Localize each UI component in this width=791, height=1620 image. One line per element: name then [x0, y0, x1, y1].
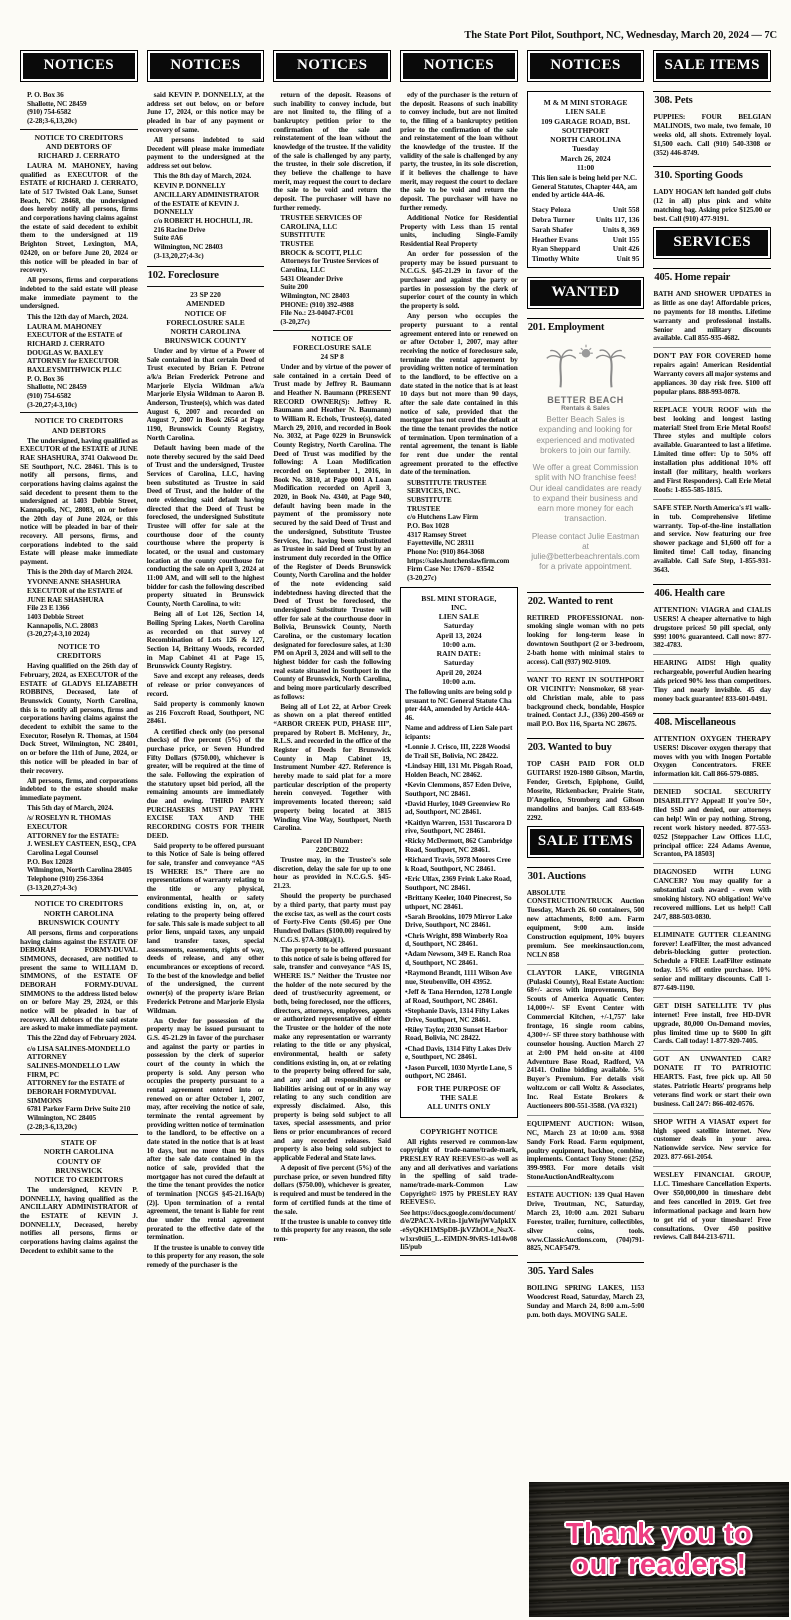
notice-paragraph: •Raymond Brandt, 1111 Wilson Avenue, Ste…	[405, 969, 513, 986]
notice-heading: NOTICE TO CREDITORSNORTH CAROLINABRUNSWI…	[20, 899, 138, 926]
notice-paragraph: Any person who occupies the property pur…	[400, 312, 518, 477]
classified-ad: WESLEY FINANCIAL GROUP, LLC. Timeshare C…	[653, 1168, 771, 1245]
category-banner: SERVICES	[653, 227, 771, 259]
category-banner-label: WANTED	[530, 280, 642, 306]
address-line: SUBSTITUTE TRUSTEE SERVICES, INC.	[400, 479, 518, 496]
column-header-label: NOTICES	[276, 53, 388, 79]
classified-ad: REPLACE YOUR ROOF with the best looking …	[653, 403, 771, 498]
ad-divider	[527, 1186, 645, 1187]
notice-paragraph: An order for possession of the property …	[400, 250, 518, 311]
address-line: TRUSTEE SERVICES OF CAROLINA, LLC	[273, 214, 391, 231]
notice-paragraph: All persons indebted to said Decedent wi…	[147, 136, 265, 171]
address-lines: /s/ ROSELYN R. THOMASEXECUTORATTORNEY fo…	[20, 814, 138, 892]
ad-divider	[653, 926, 771, 927]
heading-line: BRUNSWICK COUNTY	[20, 918, 138, 927]
heading-line: April 13, 2024	[405, 631, 513, 640]
column-header-banner: NOTICES	[527, 50, 645, 82]
notice-paragraph: •Kaitlyn Warren, 1531 Tuscarora Drive, S…	[405, 819, 513, 836]
classified-ad: ATTENTION OXYGEN THERAPY USERS! Discover…	[653, 732, 771, 782]
divider-rule	[20, 895, 138, 896]
notice-paragraph: •Ricky McDermott, 862 Cambridge Road, So…	[405, 837, 513, 854]
column-header-banner: NOTICES	[273, 50, 391, 82]
notice-paragraph: Name and address of Lien Sale participan…	[405, 724, 513, 741]
heading-line: NORTH CAROLINA	[147, 327, 265, 336]
heading-line: M & M MINI STORAGE	[532, 98, 640, 107]
better-beach-text: Please contact Julie Eastman at julie@be…	[529, 532, 643, 573]
section-header: 305. Yard Sales	[527, 1262, 645, 1279]
address-line: (3-20,27;4-3,10c)	[20, 401, 138, 410]
unit-number: Unit 95	[616, 254, 639, 264]
address-line: (2-28;3-6,13,20c)	[20, 117, 138, 126]
notice-paragraph: All persons, firms and corporations havi…	[20, 929, 138, 1033]
column-1: NOTICESP. O. Box 36Shallotte, NC 28459(9…	[20, 50, 138, 1616]
ad-divider	[653, 863, 771, 864]
notice-paragraph: If the trustee is unable to convey title…	[273, 1218, 391, 1244]
notice-heading: NOTICE TO CREDITORSAND DEBTORS OFRICHARD…	[20, 133, 138, 160]
unit-number: Unit 426	[613, 244, 640, 254]
notice-heading: Parcel ID Number:220CB022	[273, 836, 391, 854]
heading-line: Saturday	[405, 621, 513, 630]
column-header-label: NOTICES	[23, 53, 135, 79]
section-header: 406. Health care	[653, 584, 771, 601]
heading-line: Parcel ID Number:	[273, 836, 391, 845]
notice-heading: 23 SP 220AMENDEDNOTICE OFFORECLOSURE SAL…	[147, 290, 265, 345]
notice-paragraph: The undersigned, having qualified as EXE…	[20, 437, 138, 567]
heading-line: RICHARD J. CERRATO	[20, 151, 138, 160]
column-2: NOTICESsaid KEVIN P. DONNELLY, at the ad…	[147, 50, 265, 1616]
heading-line: LIEN SALE	[405, 612, 513, 621]
column-header-label: NOTICES	[150, 53, 262, 79]
column-header-label: SALE ITEMS	[656, 53, 768, 79]
column-header-banner: NOTICES	[20, 50, 138, 82]
classified-ad: ABSOLUTE CONSTRUCTION/TRUCK Auction Tues…	[527, 886, 645, 963]
heading-line: BSL MINI STORAGE,	[405, 594, 513, 603]
notice-heading: COPYRIGHT NOTICE	[400, 1127, 518, 1136]
notice-paragraph: This is the 20th day of March 2024.	[20, 568, 138, 577]
notice-paragraph: The property to be offered pursuant to t…	[273, 946, 391, 1163]
heading-line: NORTH CAROLINA	[20, 1147, 138, 1156]
classified-ad: DIAGNOSED WITH LUNG CANCER? You may qual…	[653, 865, 771, 924]
address-line: ATTORNEY for the ESTATE of DEBORAH FORMY…	[20, 1079, 138, 1105]
heading-line: AND DEBTORS	[20, 426, 138, 435]
address-lines: P. O. Box 36Shallotte, NC 28459(910) 754…	[20, 91, 138, 126]
better-beach-brand: BETTER BEACH	[529, 395, 643, 405]
columns-container: NOTICESP. O. Box 36Shallotte, NC 28459(9…	[20, 50, 771, 1616]
category-banner-label: SALE ITEMS	[530, 829, 642, 855]
heading-line: NOTICE TO	[20, 642, 138, 651]
column-header-banner: SALE ITEMS	[653, 50, 771, 82]
notice-heading: NOTICE OFFORECLOSURE SALE24 SP 8	[273, 334, 391, 361]
notice-paragraph: A deposit of five percent (5%) of the pu…	[273, 1164, 391, 1216]
palm-trees-sun-icon	[543, 343, 629, 389]
category-banner: SALE ITEMS	[527, 826, 645, 858]
address-lines: LAURA M. MAHONEYEXECUTOR of the ESTATE o…	[20, 323, 138, 410]
notice-paragraph: Said property is commonly known as 216 F…	[147, 700, 265, 726]
ad-divider	[653, 1050, 771, 1051]
notice-paragraph: Said property to be offered pursuant to …	[147, 842, 265, 1015]
notice-paragraph: •Jason Purcell, 1030 Myrtle Lane, Southp…	[405, 1064, 513, 1081]
heading-line: AND DEBTORS OF	[20, 142, 138, 151]
tenant-name: Heather Evans	[532, 235, 578, 245]
divider-rule	[273, 330, 391, 331]
divider-rule	[147, 286, 265, 287]
heading-line: NOTICE TO CREDITORS	[20, 899, 138, 908]
column-6: SALE ITEMS308. PetsPUPPIES: FOUR BELGIAN…	[653, 50, 771, 1616]
classified-ad: EQUIPMENT AUCTION: Wilson, NC, March 23 …	[527, 1117, 645, 1185]
notice-paragraph: Save and except any releases, deeds of r…	[147, 672, 265, 698]
heading-line: NOTICE TO CREDITORS	[20, 416, 138, 425]
address-line: (3-20,27c)	[273, 318, 391, 327]
unit-number: Unit 558	[613, 205, 640, 215]
notice-paragraph: •David Hurley, 1049 Greenview Road, Sout…	[405, 800, 513, 817]
classified-ad: SAFE STEP. North America's #1 walk-in tu…	[653, 501, 771, 578]
address-line: ANCILLARY ADMINISTRATOR of the ESTATE of…	[147, 191, 265, 217]
heading-line: STATE OF	[20, 1138, 138, 1147]
category-banner: WANTED	[527, 277, 645, 309]
notice-paragraph: All persons, firms and corporations inde…	[20, 276, 138, 311]
divider-rule	[20, 129, 138, 130]
notice-paragraph: •Sarah Brookins, 1079 Mirror Lake Drive,…	[405, 913, 513, 930]
heading-line: 220CB022	[273, 845, 391, 854]
address-lines: SUBSTITUTE TRUSTEE SERVICES, INC.SUBSTIT…	[400, 479, 518, 583]
section-header: 301. Auctions	[527, 867, 645, 884]
heading-line: 109 GARAGE ROAD, BSL	[532, 117, 640, 126]
heading-line: CREDITORS	[20, 651, 138, 660]
divider-rule	[400, 1255, 518, 1256]
heading-line: THE SALE	[405, 1093, 513, 1102]
unit-number: Unit 155	[613, 235, 640, 245]
heading-line: COUNTY OF	[20, 1157, 138, 1166]
thank-you-line1: Thank you to	[566, 1519, 752, 1549]
notice-heading: NOTICE TO CREDITORSAND DEBTORS	[20, 416, 138, 434]
tenant-name: Timothy White	[532, 254, 579, 264]
section-header: 201. Employment	[527, 318, 645, 335]
unit-row: Debra TurnerUnits 117, 136	[532, 215, 640, 225]
notice-paragraph: •Lonnie J. Crisco, III, 2228 Woodside Tr…	[405, 743, 513, 760]
notice-heading: NOTICE TOCREDITORS	[20, 642, 138, 660]
notice-paragraph: Being all of Lot 22, at Arbor Creek as s…	[273, 703, 391, 833]
ad-divider	[653, 401, 771, 402]
notice-paragraph: Having qualified on the 26th day of Febr…	[20, 662, 138, 775]
heading-line: March 26, 2024	[532, 154, 640, 163]
notice-paragraph: This the 22nd day of February 2024.	[20, 1034, 138, 1043]
heading-line: BRUNSWICK	[20, 1166, 138, 1175]
classified-ad: CLAYTOR LAKE, VIRGINIA (Pulaski County),…	[527, 966, 645, 1114]
notice-paragraph: Under and by virtue of the power of sale…	[273, 363, 391, 701]
ad-divider	[653, 499, 771, 500]
notice-paragraph: •Chad Davis, 1314 Fifty Lakes Drive, Sou…	[405, 1045, 513, 1062]
column-header-label: NOTICES	[530, 53, 642, 79]
notice-paragraph: All rights reserved re common-law copyri…	[400, 1138, 518, 1207]
lien-sale-box: M & M MINI STORAGELIEN SALE109 GARAGE RO…	[527, 91, 645, 268]
better-beach-brand-sub: Rentals & Sales	[529, 405, 643, 412]
heading-line: INC.	[405, 603, 513, 612]
sun-icon	[581, 349, 590, 358]
notice-paragraph: return of the deposit. Reasons of such i…	[273, 91, 391, 212]
classified-ad: GET DISH SATELLITE TV plus internet! Fre…	[653, 999, 771, 1049]
classified-ad: DENIED SOCIAL SECURITY DISABILITY? Appea…	[653, 785, 771, 862]
classified-ad: GOT AN UNWANTED CAR? DONATE IT TO PATRIO…	[653, 1052, 771, 1111]
notice-heading: STATE OFNORTH CAROLINACOUNTY OFBRUNSWICK…	[20, 1138, 138, 1184]
newspaper-classifieds-page: The State Port Pilot, Southport, NC, Wed…	[0, 0, 791, 1620]
address-line: (3-13,20,27;4-3c)	[20, 884, 138, 893]
notice-paragraph: •Adam Newsom, 349 E. Ranch Road, Southpo…	[405, 950, 513, 967]
classified-ad: PUPPIES: FOUR BELGIAN MALINOIS, two male…	[653, 110, 771, 160]
ad-divider	[653, 997, 771, 998]
section-header: 203. Wanted to buy	[527, 738, 645, 755]
heading-line: NORTH CAROLINA	[532, 135, 640, 144]
address-line: EXECUTOR of the ESTATE of JUNE RAE SHASH…	[20, 587, 138, 604]
better-beach-logo	[529, 343, 643, 394]
better-beach-ad: BETTER BEACHRentals & SalesBetter Beach …	[527, 339, 645, 584]
section-header: 310. Sporting Goods	[653, 166, 771, 183]
notice-paragraph: •Stephanie Davis, 1314 Fifty Lakes Drive…	[405, 1007, 513, 1024]
tenant-name: Ryan Sheppard	[532, 244, 581, 254]
heading-line: FORECLOSURE SALE	[273, 343, 391, 352]
notice-heading: FOR THE PURPOSE OFTHE SALEALL UNITS ONLY	[405, 1084, 513, 1112]
classified-ad: LADY HOGAN left handed golf clubs (12 in…	[653, 185, 771, 227]
notice-heading: BSL MINI STORAGE,INC.LIEN SALESaturdayAp…	[405, 594, 513, 687]
unit-row: Heather EvansUnit 155	[532, 235, 640, 245]
classified-ad: ELIMINATE GUTTER CLEANING forever! LeafF…	[653, 928, 771, 996]
notice-paragraph: The undersigned, KEVIN P. DONNELLY, havi…	[20, 1186, 138, 1255]
ad-divider	[653, 654, 771, 655]
divider-rule	[20, 412, 138, 413]
thank-you-line2: our readers!	[571, 1550, 746, 1580]
address-line: (3-20,27;4-3,10 2024)	[20, 630, 138, 639]
notice-paragraph: •Jeff & Tana Herndon, 1278 Longleaf Road…	[405, 988, 513, 1005]
classified-ad: ATTENTION: VIAGRA and CIALIS USERS! A ch…	[653, 603, 771, 653]
heading-line: SOUTHPORT	[532, 126, 640, 135]
ad-divider	[527, 1115, 645, 1116]
notice-paragraph: •Riley Taylor, 2030 Sunset Harbor Road, …	[405, 1026, 513, 1043]
heading-line: LIEN SALE	[532, 107, 640, 116]
ad-divider	[653, 347, 771, 348]
heading-line: 23 SP 220	[147, 290, 265, 299]
page-title: The State Port Pilot, Southport, NC, Wed…	[464, 30, 777, 41]
heading-line: 10:00 a.m.	[405, 640, 513, 649]
tenant-name: Debra Turner	[532, 215, 575, 225]
heading-line: NOTICE TO CREDITORS	[20, 1175, 138, 1184]
classified-ad: ESTATE AUCTION: 139 Qual Haven Drive, Tr…	[527, 1188, 645, 1256]
notice-paragraph: edy of the purchaser is the return of th…	[400, 91, 518, 212]
address-lines: TRUSTEE SERVICES OF CAROLINA, LLCSUBSTIT…	[273, 214, 391, 327]
notice-paragraph: An Order for possession of the property …	[147, 1017, 265, 1242]
column-header-banner: NOTICES	[147, 50, 265, 82]
heading-line: BRUNSWICK COUNTY	[147, 336, 265, 345]
unit-row: Timothy WhiteUnit 95	[532, 254, 640, 264]
classified-ad: HEARING AIDS! High quality rechargeable,…	[653, 656, 771, 706]
classified-ad: TOP CA$H PAID FOR OLD GUITARS! 1920-1980…	[527, 757, 645, 825]
column-4: NOTICESedy of the purchaser is the retur…	[400, 50, 518, 1616]
heading-line: ALL UNITS ONLY	[405, 1102, 513, 1111]
notice-paragraph: •Eric Ulfax, 2369 Frink Lake Road, South…	[405, 875, 513, 892]
address-line: SALINES-MONDELLO LAW FIRM, PC	[20, 1062, 138, 1079]
ad-divider	[527, 671, 645, 672]
heading-line: FOR THE PURPOSE OF	[405, 1084, 513, 1093]
heading-line: 24 SP 8	[273, 352, 391, 361]
tenant-name: Sarah Shafer	[532, 225, 573, 235]
notice-paragraph: The following units are being sold pursu…	[405, 688, 513, 723]
divider-rule	[20, 1134, 138, 1135]
column-3: NOTICESreturn of the deposit. Reasons of…	[273, 50, 391, 1616]
section-header: 102. Foreclosure	[147, 266, 265, 283]
ad-divider	[527, 964, 645, 965]
heading-line: NOTICE OF	[147, 309, 265, 318]
column-header-label: NOTICES	[403, 53, 515, 79]
heading-line: NOTICE TO CREDITORS	[20, 133, 138, 142]
address-line: EXECUTOR of the ESTATE of RICHARD J. CER…	[20, 331, 138, 348]
classified-ad: DON'T PAY FOR COVERED home repairs again…	[653, 349, 771, 399]
address-lines: c/o LISA SALINES-MONDELLOATTORNEYSALINES…	[20, 1045, 138, 1132]
category-banner-label: SERVICES	[656, 230, 768, 256]
notice-paragraph: This the 12th day of March, 2024.	[20, 313, 138, 322]
heading-line: RAIN DATE:	[405, 649, 513, 658]
better-beach-text: We offer a great Commission split with N…	[529, 463, 643, 525]
heading-line: April 20, 2024	[405, 668, 513, 677]
notice-paragraph: Should the property be purchased by a th…	[273, 892, 391, 944]
notice-paragraph: Default having been made of the note the…	[147, 444, 265, 609]
classified-ad: BOILING SPRING LAKES, 1153 Woodcrest Roa…	[527, 1281, 645, 1323]
unit-list: Stacy PelozaUnit 558Debra TurnerUnits 11…	[532, 205, 640, 264]
better-beach-text: Better Beach Sales is expanding and look…	[529, 415, 643, 456]
column-header-banner: NOTICES	[400, 50, 518, 82]
notice-paragraph: •Richard Travis, 5978 Moores Creek Road,…	[405, 856, 513, 873]
heading-line: 10:00 a.m.	[405, 677, 513, 686]
notice-paragraph: •Lindsay Hill, 131 Mt. Pisgah Road, Hold…	[405, 762, 513, 779]
notice-heading: M & M MINI STORAGELIEN SALE109 GARAGE RO…	[532, 98, 640, 172]
lien-sale-box: BSL MINI STORAGE,INC.LIEN SALESaturdayAp…	[400, 587, 518, 1118]
unit-row: Stacy PelozaUnit 558	[532, 205, 640, 215]
notice-paragraph: See https://docs.google.com/document/d/e…	[400, 1209, 518, 1252]
section-header: 408. Miscellaneous	[653, 713, 771, 730]
address-lines: KEVIN P. DONNELLYANCILLARY ADMINISTRATOR…	[147, 182, 265, 260]
notice-paragraph: Under and by virtue of a Power of Sale c…	[147, 347, 265, 442]
heading-line: COPYRIGHT NOTICE	[400, 1127, 518, 1136]
notice-paragraph: This 5th day of March, 2024.	[20, 804, 138, 813]
address-line: (2-28;3-6,13,20c)	[20, 1123, 138, 1132]
heading-line: AMENDED	[147, 299, 265, 308]
notice-paragraph: If the trustee is unable to convey title…	[147, 1244, 265, 1270]
column-5: NOTICESM & M MINI STORAGELIEN SALE109 GA…	[527, 50, 645, 1616]
unit-row: Ryan SheppardUnit 426	[532, 244, 640, 254]
notice-paragraph: Being all of Lot 126, Section 14, Boilin…	[147, 610, 265, 671]
tenant-name: Stacy Peloza	[532, 205, 571, 215]
notice-paragraph: •Brittany Keeler, 1040 Pinecrest, Southp…	[405, 894, 513, 911]
notice-paragraph: This the 8th day of March, 2024.	[147, 172, 265, 181]
classified-ad: RETIRED PROFESSIONAL non-smoking single …	[527, 611, 645, 670]
ad-divider	[653, 1113, 771, 1114]
unit-number: Units 8, 369	[603, 225, 640, 235]
ad-divider	[653, 783, 771, 784]
heading-line: Saturday	[405, 658, 513, 667]
notice-paragraph: Trustee may, in the Trustee's sole discr…	[273, 856, 391, 891]
ad-divider	[653, 1166, 771, 1167]
unit-row: Sarah ShaferUnits 8, 369	[532, 225, 640, 235]
address-line: Attorneys for Trustee Services of Caroli…	[273, 257, 391, 274]
heading-line: NORTH CAROLINA	[20, 909, 138, 918]
heading-line: FORECLOSURE SALE	[147, 318, 265, 327]
heading-line: Tuesday	[532, 144, 640, 153]
classified-ad: SHOP WITH A VIASAT expert for high speed…	[653, 1115, 771, 1165]
address-line: (3-13,20,27;4-3c)	[147, 252, 265, 261]
notice-paragraph: This lien sale is being held per N.C. Ge…	[532, 174, 640, 200]
notice-paragraph: All persons, firms, and corporations ind…	[20, 777, 138, 803]
section-header: 405. Home repair	[653, 268, 771, 285]
notice-paragraph: said KEVIN P. DONNELLY, at the address s…	[147, 91, 265, 134]
notice-paragraph: Additional Notice for Residential Proper…	[400, 214, 518, 249]
address-line: (3-20,27c)	[400, 574, 518, 583]
address-lines: YVONNE ANNE SHASHURAEXECUTOR of the ESTA…	[20, 578, 138, 639]
section-header: 202. Wanted to rent	[527, 592, 645, 609]
unit-number: Units 117, 136	[596, 215, 640, 225]
notice-paragraph: LAURA M. MAHONEY, having qualified as EX…	[20, 162, 138, 275]
section-header: 308. Pets	[653, 91, 771, 108]
heading-line: NOTICE OF	[273, 334, 391, 343]
palm-tree-icon	[560, 358, 611, 387]
heading-line: 11:00	[532, 163, 640, 172]
notice-paragraph: •Kevin Clemmons, 857 Eden Drive, Southpo…	[405, 781, 513, 798]
thank-you-banner: Thank you to our readers!	[529, 1482, 789, 1617]
classified-ad: WANT TO RENT IN SOUTHPORT OR VICINITY: N…	[527, 673, 645, 732]
notice-paragraph: A certified check only (no personal chec…	[147, 728, 265, 841]
classified-ad: BATH AND SHOWER UPDATES in as little as …	[653, 287, 771, 346]
notice-paragraph: •Chris Wright, 898 Wimberly Road, Southp…	[405, 932, 513, 949]
